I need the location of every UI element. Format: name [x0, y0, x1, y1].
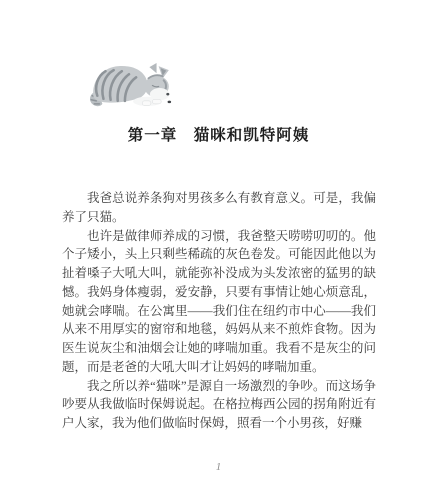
cat-illustration: [88, 62, 172, 109]
paragraph: 我爸总说养条狗对男孩多么有教育意义。可是，我偏养了只猫。: [62, 189, 376, 227]
page-number: 1: [0, 461, 437, 473]
book-page: 第一章 猫咪和凯特阿姨 我爸总说养条狗对男孩多么有教育意义。可是，我偏养了只猫。…: [0, 0, 437, 485]
paragraph: 我之所以养“猫咪”是源自一场激烈的争吵。而这场争吵要从我做临时保姆说起。在格拉梅…: [62, 377, 376, 433]
tabby-cat-icon: [88, 62, 172, 109]
chapter-title: 第一章 猫咪和凯特阿姨: [0, 123, 437, 145]
body-text: 我爸总说养条狗对男孩多么有教育意义。可是，我偏养了只猫。也许是做律师养成的习惯，…: [62, 189, 376, 433]
paragraph: 也许是做律师养成的习惯，我爸整天唠唠叨叨的。他个子矮小，头上只剩些稀疏的灰色卷发…: [62, 227, 376, 377]
